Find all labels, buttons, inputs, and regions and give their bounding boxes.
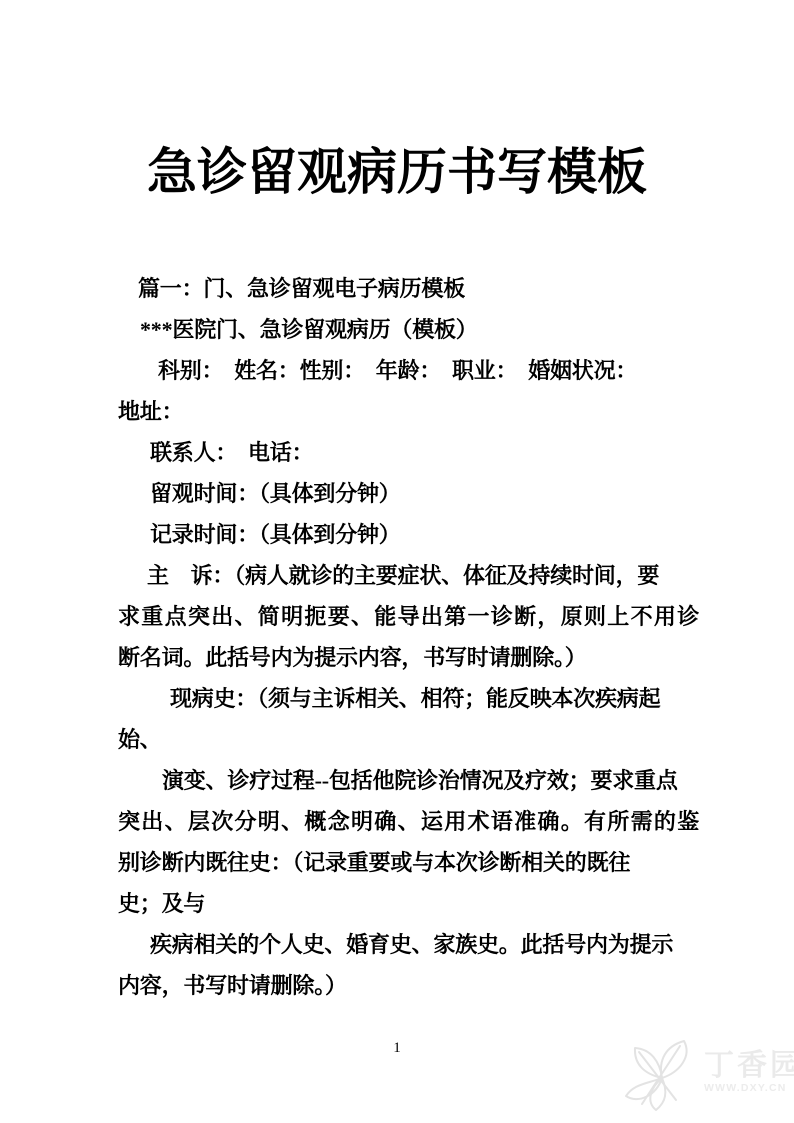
doc-line-10: 断名词。此括号内为提示内容，书写时请删除。） <box>118 637 684 678</box>
doc-line-11: 现病史：（须与主诉相关、相符；能反映本次疾病起 <box>118 678 684 719</box>
doc-line-5: 联系人： 电话： <box>118 432 684 473</box>
document-body: 篇一：门、急诊留观电子病历模板 ***医院门、急诊留观病历（模板） 科别： 姓名… <box>118 268 684 1006</box>
doc-line-12: 始、 <box>118 719 684 760</box>
doc-line-1: 篇一：门、急诊留观电子病历模板 <box>118 268 684 309</box>
doc-line-8: 主 诉：（病人就诊的主要症状、体征及持续时间，要 <box>118 555 684 596</box>
doc-line-13: 演变、诊疗过程--包括他院诊治情况及疗效；要求重点 <box>118 760 684 801</box>
doc-line-16: 史；及与 <box>118 883 684 924</box>
doc-line-2: ***医院门、急诊留观病历（模板） <box>118 309 684 350</box>
doc-line-3: 科别： 姓名：性别： 年龄： 职业： 婚姻状况： <box>118 350 684 391</box>
watermark-brand: 丁香园 <box>704 1050 794 1082</box>
doc-line-17: 疾病相关的个人史、婚育史、家族史。此括号内为提示 <box>118 924 684 965</box>
doc-line-6: 留观时间：（具体到分钟） <box>118 473 684 514</box>
doc-line-18: 内容，书写时请删除。） <box>118 965 684 1006</box>
dxy-clover-logo-icon <box>618 1038 702 1116</box>
doc-line-9: 求重点突出、简明扼要、能导出第一诊断，原则上不用诊 <box>118 596 684 637</box>
watermark: 丁香园 WWW.DXY.CN <box>618 1036 794 1116</box>
doc-line-4: 地址： <box>118 391 684 432</box>
watermark-url: WWW.DXY.CN <box>704 1082 794 1095</box>
doc-line-15: 别诊断内既往史：（记录重要或与本次诊断相关的既往 <box>118 842 684 883</box>
doc-line-14: 突出、层次分明、概念明确、运用术语准确。有所需的鉴 <box>118 801 684 842</box>
document-page: 急诊留观病历书写模板 篇一：门、急诊留观电子病历模板 ***医院门、急诊留观病历… <box>0 0 794 1123</box>
watermark-text: 丁香园 WWW.DXY.CN <box>704 1050 794 1095</box>
document-title: 急诊留观病历书写模板 <box>0 140 794 204</box>
doc-line-7: 记录时间：（具体到分钟） <box>118 514 684 555</box>
